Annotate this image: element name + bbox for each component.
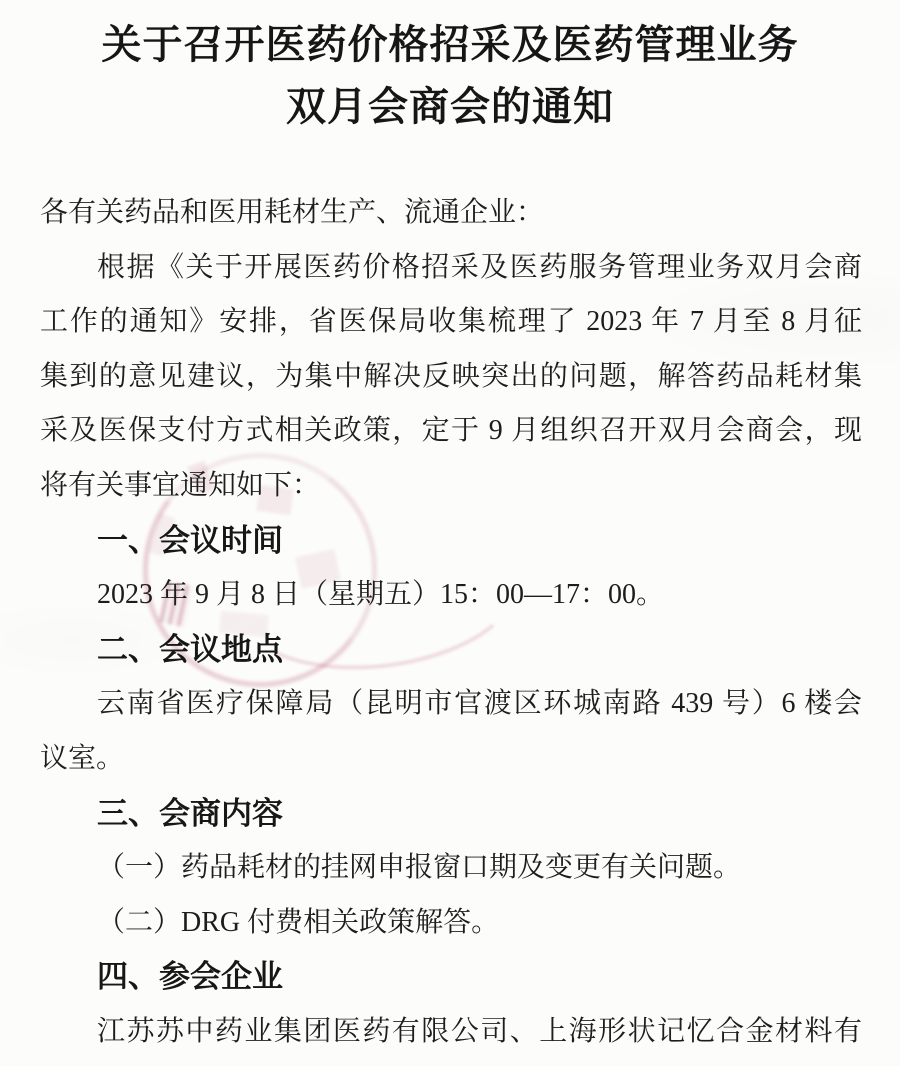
- intro-paragraph-line-1: 根据《关于开展医药价格招采及医药服务管理业务双月会商: [40, 241, 862, 296]
- document-title-line-2: 双月会商会的通知: [0, 76, 900, 138]
- document-title: 关于召开医药价格招采及医药管理业务 双月会商会的通知: [0, 14, 900, 138]
- intro-paragraph-line-2: 工作的通知》安排，省医保局收集梳理了 2023 年 7 月至 8 月征: [40, 295, 862, 350]
- salutation-line: 各有关药品和医用耗材生产、流通企业：: [40, 186, 862, 241]
- intro-paragraph-line-3: 集到的意见建议，为集中解决反映突出的问题，解答药品耗材集: [40, 350, 862, 405]
- heading-meeting-place: 二、会议地点: [40, 623, 862, 678]
- companies-line-1: 江苏苏中药业集团医药有限公司、上海形状记忆合金材料有: [40, 1005, 862, 1060]
- intro-paragraph-line-5: 将有关事宜通知如下：: [40, 459, 862, 514]
- heading-participating-companies: 四、参会企业: [40, 950, 862, 1005]
- meeting-place-line-2: 议室。: [40, 732, 862, 787]
- consultation-item-2: （二）DRG 付费相关政策解答。: [40, 896, 862, 951]
- meeting-time-value: 2023 年 9 月 8 日（星期五）15：00—17：00。: [40, 568, 862, 623]
- heading-consultation-content: 三、会商内容: [40, 787, 862, 842]
- meeting-place-line-1: 云南省医疗保障局（昆明市官渡区环城南路 439 号）6 楼会: [40, 677, 862, 732]
- document-body: 各有关药品和医用耗材生产、流通企业： 根据《关于开展医药价格招采及医药服务管理业…: [40, 186, 862, 1060]
- document-title-line-1: 关于召开医药价格招采及医药管理业务: [0, 14, 900, 76]
- heading-meeting-time: 一、会议时间: [40, 514, 862, 569]
- intro-paragraph-line-4: 采及医保支付方式相关政策，定于 9 月组织召开双月会商会，现: [40, 404, 862, 459]
- consultation-item-1: （一）药品耗材的挂网申报窗口期及变更有关问题。: [40, 841, 862, 896]
- scanned-notice-page: 关于召开医药价格招采及医药管理业务 双月会商会的通知 各有关药品和医用耗材生产、…: [0, 0, 900, 1066]
